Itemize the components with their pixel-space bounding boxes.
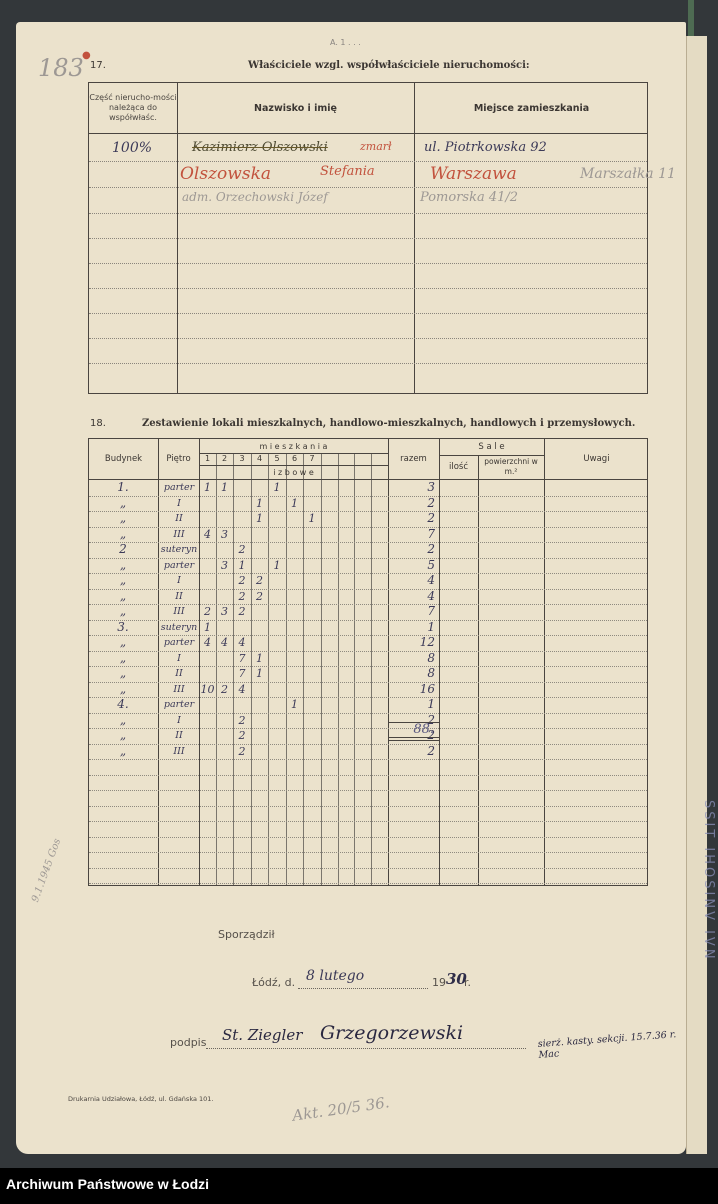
total-cell: 2 <box>388 512 435 525</box>
owner-name-2: Olszowska <box>180 164 271 184</box>
room-count-cell <box>216 652 233 665</box>
room-count-cell: 4 <box>233 636 251 649</box>
floor-cell: III <box>159 605 199 618</box>
room-count-cell <box>286 605 303 618</box>
room-count-cell <box>354 559 371 572</box>
room-count-cell <box>216 574 233 587</box>
room-count-cell <box>371 652 388 665</box>
building-cell: „ <box>93 590 153 603</box>
room-count-cell <box>268 698 286 711</box>
room-count-cell <box>268 652 286 665</box>
owner-residence-2: Warszawa <box>430 164 517 184</box>
room-count-cell <box>338 745 354 758</box>
row-rule <box>89 837 647 838</box>
header-building: Budynek <box>89 439 158 479</box>
header-rooms: i z b o w e <box>199 466 388 479</box>
room-count-cell <box>216 543 233 556</box>
floor-cell: II <box>159 729 199 742</box>
room-count-cell <box>321 528 338 541</box>
room-count-cell: 3 <box>216 559 233 572</box>
room-count-cell <box>268 636 286 649</box>
total-cell: 16 <box>388 683 435 696</box>
building-cell: 1. <box>93 481 153 494</box>
room-count-cell <box>303 481 321 494</box>
room-count-cell <box>338 481 354 494</box>
total-cell: 8 <box>388 652 435 665</box>
year-prefix: 19 <box>432 976 446 989</box>
room-count-cell <box>321 543 338 556</box>
grand-total: 88. <box>394 722 434 737</box>
building-cell: „ <box>93 745 153 758</box>
room-count-cell <box>268 605 286 618</box>
room-count-cell <box>321 481 338 494</box>
room-count-cell <box>371 605 388 618</box>
header-halls-count: ilość <box>439 455 478 479</box>
room-count-cell <box>354 543 371 556</box>
room-count-cell <box>251 559 268 572</box>
room-count-cell <box>321 683 338 696</box>
room-count-cell <box>216 497 233 510</box>
header-floor: Piętro <box>158 439 199 479</box>
signature-2: Grzegorzewski <box>320 1022 463 1044</box>
room-count-cell <box>371 683 388 696</box>
room-count-cell <box>354 605 371 618</box>
floor-cell: III <box>159 745 199 758</box>
total-cell: 4 <box>388 574 435 587</box>
room-count-cell <box>268 745 286 758</box>
room-col-header <box>321 452 338 465</box>
room-count-cell <box>321 590 338 603</box>
room-count-cell <box>216 621 233 634</box>
row-rule <box>89 883 647 884</box>
room-count-cell: 2 <box>233 729 251 742</box>
room-count-cell: 1 <box>286 497 303 510</box>
room-count-cell: 2 <box>233 574 251 587</box>
room-count-cell <box>268 714 286 727</box>
floor-cell: I <box>159 652 199 665</box>
room-count-cell <box>354 698 371 711</box>
room-count-cell <box>286 512 303 525</box>
room-count-cell <box>286 667 303 680</box>
printer-imprint: Drukarnia Udziałowa, Łódź, ul. Gdańska 1… <box>68 1095 214 1103</box>
room-count-cell <box>338 559 354 572</box>
room-count-cell <box>216 729 233 742</box>
building-cell: 3. <box>93 621 153 634</box>
room-count-cell <box>199 729 216 742</box>
room-count-cell: 4 <box>233 683 251 696</box>
room-count-cell <box>286 559 303 572</box>
room-count-cell: 2 <box>233 590 251 603</box>
room-count-cell <box>354 621 371 634</box>
room-count-cell <box>286 729 303 742</box>
room-count-cell <box>303 543 321 556</box>
room-col-header: 6 <box>286 452 303 465</box>
room-col-header <box>338 452 354 465</box>
room-count-cell <box>354 528 371 541</box>
row-rule <box>89 806 647 807</box>
header-halls: S a l e <box>439 439 544 455</box>
room-count-cell <box>216 714 233 727</box>
room-count-cell <box>251 729 268 742</box>
room-count-cell <box>371 714 388 727</box>
room-count-cell: 4 <box>216 636 233 649</box>
room-count-cell <box>371 497 388 510</box>
room-count-cell <box>371 745 388 758</box>
room-count-cell: 2 <box>233 543 251 556</box>
room-count-cell <box>268 683 286 696</box>
room-count-cell <box>354 745 371 758</box>
owner-name-1-note: zmarł <box>360 140 392 153</box>
room-count-cell <box>371 574 388 587</box>
room-count-cell <box>268 590 286 603</box>
header-name: Nazwisko i imię <box>177 83 414 133</box>
room-count-cell <box>303 652 321 665</box>
room-count-cell <box>338 543 354 556</box>
room-count-cell: 2 <box>199 605 216 618</box>
total-cell: 7 <box>388 528 435 541</box>
room-count-cell <box>338 605 354 618</box>
room-count-cell <box>199 559 216 572</box>
room-count-cell <box>268 528 286 541</box>
room-count-cell: 1 <box>303 512 321 525</box>
floor-cell: II <box>159 667 199 680</box>
room-count-cell <box>321 667 338 680</box>
room-count-cell <box>199 745 216 758</box>
total-cell: 12 <box>388 636 435 649</box>
room-count-cell <box>371 528 388 541</box>
room-count-cell <box>216 667 233 680</box>
room-col-header: 2 <box>216 452 233 465</box>
room-count-cell <box>251 543 268 556</box>
room-count-cell <box>371 636 388 649</box>
room-count-cell <box>268 621 286 634</box>
room-count-cell <box>199 652 216 665</box>
room-count-cell <box>286 481 303 494</box>
room-count-cell <box>286 574 303 587</box>
room-count-cell <box>371 590 388 603</box>
room-count-cell: 2 <box>216 683 233 696</box>
room-count-cell <box>354 714 371 727</box>
floor-cell: III <box>159 683 199 696</box>
row-rule <box>89 852 647 853</box>
room-count-cell <box>338 667 354 680</box>
room-count-cell <box>251 698 268 711</box>
room-count-cell <box>233 621 251 634</box>
room-count-cell <box>199 714 216 727</box>
room-count-cell <box>233 528 251 541</box>
floor-cell: III <box>159 528 199 541</box>
room-count-cell <box>268 729 286 742</box>
room-count-cell <box>303 745 321 758</box>
floor-cell: suteryn <box>159 543 199 556</box>
room-count-cell <box>286 528 303 541</box>
room-count-columns: 1234567 <box>199 453 388 465</box>
floor-cell: suteryn <box>159 621 199 634</box>
building-cell: „ <box>93 574 153 587</box>
room-count-cell <box>216 698 233 711</box>
room-count-cell <box>338 683 354 696</box>
room-count-cell <box>199 667 216 680</box>
room-count-cell <box>199 497 216 510</box>
room-count-cell <box>303 497 321 510</box>
row-rule <box>89 821 647 822</box>
total-cell: 4 <box>388 590 435 603</box>
section-17-number: 17. <box>90 60 106 71</box>
room-count-cell <box>268 667 286 680</box>
total-cell: 5 <box>388 559 435 572</box>
room-count-cell <box>321 621 338 634</box>
room-count-cell <box>199 543 216 556</box>
header-share: Część nierucho-mości należąca do współwł… <box>89 83 177 133</box>
room-col-header <box>354 452 371 465</box>
room-count-cell <box>286 683 303 696</box>
room-count-cell <box>354 574 371 587</box>
apartments-table: Budynek Piętro m i e s z k a n i a i z b… <box>88 438 648 886</box>
room-count-cell: 2 <box>251 590 268 603</box>
top-stamp: A. 1 . . . <box>330 38 361 47</box>
room-col-header: 1 <box>199 452 216 465</box>
room-count-cell <box>286 652 303 665</box>
room-count-cell <box>286 543 303 556</box>
room-count-cell <box>251 745 268 758</box>
row-rule <box>89 868 647 869</box>
room-count-cell: 1 <box>251 652 268 665</box>
room-count-cell <box>338 652 354 665</box>
building-cell: 2 <box>93 543 153 556</box>
room-count-cell <box>338 528 354 541</box>
room-count-cell <box>371 698 388 711</box>
room-count-cell <box>303 714 321 727</box>
room-count-cell <box>371 559 388 572</box>
binding-spine <box>688 0 694 36</box>
building-cell: 4. <box>93 698 153 711</box>
room-count-cell <box>233 497 251 510</box>
room-count-cell: 1 <box>268 481 286 494</box>
room-count-cell <box>286 621 303 634</box>
room-count-cell <box>303 683 321 696</box>
total-cell: 1 <box>388 698 435 711</box>
owner-name-3: adm. Orzechowski Józef <box>182 190 328 204</box>
signature-label: podpis <box>170 1036 206 1049</box>
archive-caption-bar: Archiwum Państwowe w Łodzi <box>0 1168 718 1204</box>
room-count-cell <box>338 497 354 510</box>
date-line <box>298 988 428 989</box>
room-count-cell <box>216 590 233 603</box>
room-col-header: 7 <box>303 452 321 465</box>
room-col-header: 3 <box>233 452 251 465</box>
room-count-cell <box>371 543 388 556</box>
header-flats: m i e s z k a n i a <box>199 439 388 453</box>
room-count-cell <box>251 683 268 696</box>
room-count-cell <box>321 698 338 711</box>
total-cell: 8 <box>388 667 435 680</box>
room-count-cell <box>338 636 354 649</box>
room-count-cell <box>354 636 371 649</box>
room-count-cell <box>321 714 338 727</box>
room-count-cell <box>199 574 216 587</box>
room-count-cell <box>251 714 268 727</box>
row-rule <box>89 790 647 791</box>
total-cell: 7 <box>388 605 435 618</box>
owner-name-2-note: Stefania <box>320 164 375 179</box>
owners-table: Część nierucho-mości należąca do współwł… <box>88 82 648 394</box>
room-count-cell <box>251 636 268 649</box>
header-halls-area: powierzchni w m.² <box>478 455 544 479</box>
room-count-cell <box>354 667 371 680</box>
room-count-cell: 1 <box>251 512 268 525</box>
room-count-cell: 1 <box>268 559 286 572</box>
room-count-cell <box>354 512 371 525</box>
room-count-cell: 1 <box>233 559 251 572</box>
building-cell: „ <box>93 729 153 742</box>
room-count-cell <box>371 621 388 634</box>
room-count-cell <box>251 621 268 634</box>
building-cell: „ <box>93 605 153 618</box>
building-cell: „ <box>93 559 153 572</box>
section-18-number: 18. <box>90 418 106 429</box>
room-count-cell <box>321 636 338 649</box>
building-cell: „ <box>93 683 153 696</box>
floor-cell: I <box>159 574 199 587</box>
room-count-cell <box>338 574 354 587</box>
side-stamp: SSIT IHOSINV IVN <box>700 800 716 1010</box>
room-count-cell <box>233 481 251 494</box>
room-count-cell <box>233 512 251 525</box>
room-count-cell: 1 <box>251 497 268 510</box>
room-count-cell: 3 <box>216 605 233 618</box>
room-count-cell <box>268 497 286 510</box>
signature-line <box>206 1048 526 1049</box>
owner-name-1: Kazimierz Olszowski <box>192 140 328 155</box>
room-count-cell <box>321 745 338 758</box>
room-count-cell <box>251 528 268 541</box>
room-count-cell <box>303 605 321 618</box>
room-count-cell <box>303 528 321 541</box>
building-cell: „ <box>93 652 153 665</box>
room-col-header: 4 <box>251 452 268 465</box>
building-cell: „ <box>93 512 153 525</box>
floor-cell: parter <box>159 559 199 572</box>
place-label: Łódź, d. <box>252 976 295 989</box>
room-count-cell: 7 <box>233 652 251 665</box>
building-cell: „ <box>93 667 153 680</box>
total-cell: 2 <box>388 497 435 510</box>
owner-residence-3: Pomorska 41/2 <box>420 190 518 205</box>
room-count-cell <box>338 621 354 634</box>
room-count-cell <box>354 590 371 603</box>
room-count-cell <box>354 481 371 494</box>
room-count-cell <box>199 512 216 525</box>
room-count-cell <box>371 729 388 742</box>
floor-cell: parter <box>159 636 199 649</box>
room-count-cell: 4 <box>199 636 216 649</box>
room-count-cell: 1 <box>216 481 233 494</box>
signature-1: St. Ziegler <box>222 1026 302 1044</box>
room-count-cell <box>354 497 371 510</box>
room-count-cell <box>338 590 354 603</box>
room-count-cell <box>321 559 338 572</box>
section-18-title: Zestawienie lokali mieszkalnych, handlow… <box>142 418 635 429</box>
room-count-cell <box>251 605 268 618</box>
room-count-cell: 1 <box>251 667 268 680</box>
floor-cell: parter <box>159 481 199 494</box>
room-count-cell <box>303 574 321 587</box>
room-count-cell <box>321 605 338 618</box>
room-count-cell <box>321 574 338 587</box>
floor-cell: I <box>159 497 199 510</box>
room-count-cell <box>303 729 321 742</box>
building-cell: „ <box>93 636 153 649</box>
room-col-header <box>371 452 388 465</box>
total-cell: 2 <box>388 543 435 556</box>
room-count-cell: 1 <box>199 481 216 494</box>
page-number-pencil: 183 <box>38 54 84 82</box>
prepared-label: Sporządził <box>218 928 275 941</box>
room-count-cell <box>321 512 338 525</box>
owner-residence-1: ul. Piotrkowska 92 <box>424 140 547 155</box>
room-count-cell <box>371 512 388 525</box>
room-count-cell <box>354 652 371 665</box>
room-count-cell <box>233 698 251 711</box>
room-count-cell <box>303 621 321 634</box>
room-count-cell <box>216 512 233 525</box>
header-residence: Miejsce zamieszkania <box>414 83 649 133</box>
building-cell: „ <box>93 497 153 510</box>
room-count-cell <box>286 590 303 603</box>
room-count-cell <box>216 745 233 758</box>
room-count-cell <box>338 512 354 525</box>
section-17-title: Właściciele wzgl. współwłaściciele nieru… <box>248 60 530 71</box>
row-rule <box>89 775 647 776</box>
room-col-header: 5 <box>268 452 286 465</box>
room-count-cell: 7 <box>233 667 251 680</box>
floor-cell: I <box>159 714 199 727</box>
room-count-cell: 1 <box>199 621 216 634</box>
floor-cell: II <box>159 512 199 525</box>
archive-caption: Archiwum Państwowe w Łodzi <box>6 1176 209 1192</box>
room-count-cell <box>303 636 321 649</box>
room-count-cell <box>286 745 303 758</box>
total-cell: 2 <box>388 745 435 758</box>
room-count-cell: 2 <box>251 574 268 587</box>
room-count-cell: 2 <box>233 714 251 727</box>
room-count-cell <box>321 729 338 742</box>
room-count-cell <box>321 652 338 665</box>
room-count-cell <box>354 729 371 742</box>
header-remarks: Uwagi <box>544 439 649 479</box>
room-count-cell <box>371 481 388 494</box>
building-cell: „ <box>93 714 153 727</box>
year-label: r. <box>464 976 471 989</box>
room-count-cell <box>268 543 286 556</box>
header-total: razem <box>388 439 439 479</box>
room-count-cell <box>199 698 216 711</box>
room-count-cell <box>354 683 371 696</box>
room-count-cell <box>303 590 321 603</box>
room-count-cell: 2 <box>233 605 251 618</box>
date-day-month: 8 lutego <box>306 968 364 984</box>
total-cell: 3 <box>388 481 435 494</box>
room-count-cell <box>303 698 321 711</box>
room-count-cell <box>199 590 216 603</box>
room-count-cell <box>338 698 354 711</box>
room-count-cell <box>251 481 268 494</box>
owner-share: 100% <box>112 140 152 156</box>
room-count-cell <box>371 667 388 680</box>
room-count-cell <box>338 714 354 727</box>
room-count-cell <box>286 714 303 727</box>
floor-cell: parter <box>159 698 199 711</box>
